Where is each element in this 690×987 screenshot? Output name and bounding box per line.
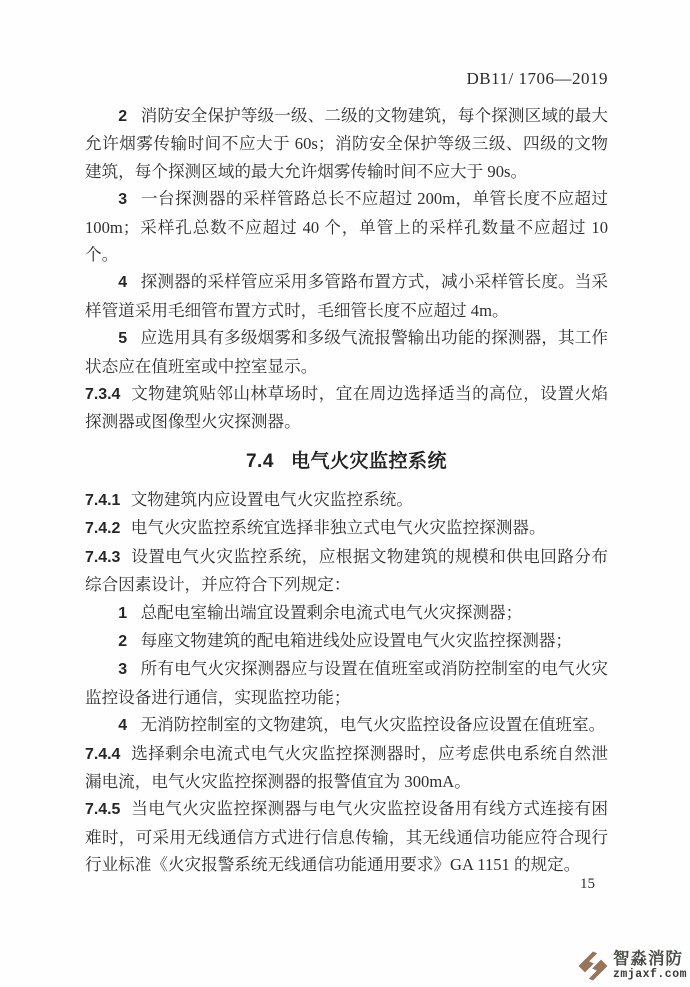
- brand-text: 智淼消防 zmjaxf.com: [613, 951, 687, 981]
- paragraph-number: 1: [118, 605, 127, 622]
- clause-text: 文物建筑贴邻山林草场时，宜在周边选择适当的高位，设置火焰探测器或图像型火灾探测器…: [85, 384, 608, 431]
- paragraph: 2每座文物建筑的配电箱进线处应设置电气火灾监控探测器；: [85, 627, 608, 655]
- section-heading: 7.4电气火灾监控系统: [85, 447, 608, 477]
- paragraph: 2消防安全保护等级一级、二级的文物建筑，每个探测区域的最大允许烟雾传输时间不应大…: [85, 102, 608, 185]
- paragraph-text: 总配电室输出端宜设置剩余电流式电气火灾探测器；: [141, 603, 523, 622]
- section-title: 电气火灾监控系统: [291, 451, 447, 472]
- paragraph-text: 探测器的采样管应采用多管路布置方式，减小采样管长度。当采样管道采用毛细管布置方式…: [85, 272, 608, 319]
- clause-paragraph: 7.3.4文物建筑贴邻山林草场时，宜在周边选择适当的高位，设置火焰探测器或图像型…: [85, 380, 608, 436]
- clause-number: 7.4.3: [85, 549, 120, 566]
- clause-text: 选择剩余电流式电气火灾监控探测器时，应考虑供电系统自然泄漏电流，电气火灾监控探测…: [85, 744, 608, 791]
- brand-url: zmjaxf.com: [613, 969, 687, 981]
- paragraph: 5应选用具有多级烟雾和多级气流报警输出功能的探测器，其工作状态应在值班室或中控室…: [85, 324, 608, 380]
- clause-number: 7.3.4: [85, 386, 120, 403]
- page-number: 15: [85, 876, 608, 893]
- clause-paragraph: 7.4.1文物建筑内应设置电气火灾监控系统。: [85, 486, 608, 514]
- clause-number: 7.4.1: [85, 492, 120, 509]
- clause-text: 电气火灾监控系统宜选择非独立式电气火灾监控探测器。: [131, 518, 546, 537]
- paragraph: 4无消防控制室的文物建筑，电气火灾监控设备应设置在值班室。: [85, 711, 608, 739]
- paragraph-number: 2: [118, 633, 127, 650]
- paragraph-text: 一台探测器的采样管路总长不应超过 200m，单管长度不应超过 100m；采样孔总…: [85, 189, 608, 264]
- paragraph: 4探测器的采样管应采用多管路布置方式，减小采样管长度。当采样管道采用毛细管布置方…: [85, 268, 608, 324]
- clause-text: 设置电气火灾监控系统，应根据文物建筑的规模和供电回路分布综合因素设计，并应符合下…: [85, 547, 608, 594]
- paragraph-number: 2: [118, 108, 127, 125]
- paragraph-text: 无消防控制室的文物建筑，电气火灾监控设备应设置在值班室。: [141, 715, 606, 734]
- brand-name: 智淼消防: [613, 951, 687, 968]
- paragraph-number: 5: [118, 330, 127, 347]
- clause-paragraph: 7.4.3设置电气火灾监控系统，应根据文物建筑的规模和供电回路分布综合因素设计，…: [85, 543, 608, 599]
- document-body: 2消防安全保护等级一级、二级的文物建筑，每个探测区域的最大允许烟雾传输时间不应大…: [85, 102, 608, 879]
- header-doc-code: DB11/ 1706—2019: [85, 69, 608, 89]
- paragraph-text: 应选用具有多级烟雾和多级气流报警输出功能的探测器，其工作状态应在值班室或中控室显…: [85, 328, 608, 375]
- paragraph-number: 3: [118, 191, 127, 208]
- brand-logo-icon: [576, 949, 610, 983]
- clause-paragraph: 7.4.5当电气火灾监控探测器与电气火灾监控设备用有线方式连接有困难时，可采用无…: [85, 795, 608, 878]
- paragraph-text: 每座文物建筑的配电箱进线处应设置电气火灾监控探测器；: [141, 631, 572, 650]
- paragraph: 1总配电室输出端宜设置剩余电流式电气火灾探测器；: [85, 599, 608, 627]
- clause-number: 7.4.5: [85, 801, 120, 818]
- document-page: DB11/ 1706—2019 2消防安全保护等级一级、二级的文物建筑，每个探测…: [0, 0, 690, 987]
- clause-text: 当电气火灾监控探测器与电气火灾监控设备用有线方式连接有困难时，可采用无线通信方式…: [85, 799, 608, 874]
- section-number: 7.4: [246, 451, 274, 472]
- watermark-brand: 智淼消防 zmjaxf.com: [576, 949, 687, 983]
- paragraph-text: 所有电气火灾探测器应与设置在值班室或消防控制室的电气火灾监控设备进行通信，实现监…: [85, 659, 608, 706]
- clause-number: 7.4.2: [85, 520, 120, 537]
- paragraph-text: 消防安全保护等级一级、二级的文物建筑，每个探测区域的最大允许烟雾传输时间不应大于…: [85, 106, 608, 181]
- paragraph: 3一台探测器的采样管路总长不应超过 200m，单管长度不应超过 100m；采样孔…: [85, 185, 608, 268]
- clause-text: 文物建筑内应设置电气火灾监控系统。: [131, 490, 413, 509]
- paragraph: 3所有电气火灾探测器应与设置在值班室或消防控制室的电气火灾监控设备进行通信，实现…: [85, 655, 608, 711]
- clause-number: 7.4.4: [85, 746, 120, 763]
- paragraph-number: 4: [118, 717, 127, 734]
- paragraph-number: 3: [118, 661, 127, 678]
- clause-paragraph: 7.4.2电气火灾监控系统宜选择非独立式电气火灾监控探测器。: [85, 514, 608, 542]
- paragraph-number: 4: [118, 274, 127, 291]
- clause-paragraph: 7.4.4选择剩余电流式电气火灾监控探测器时，应考虑供电系统自然泄漏电流，电气火…: [85, 740, 608, 796]
